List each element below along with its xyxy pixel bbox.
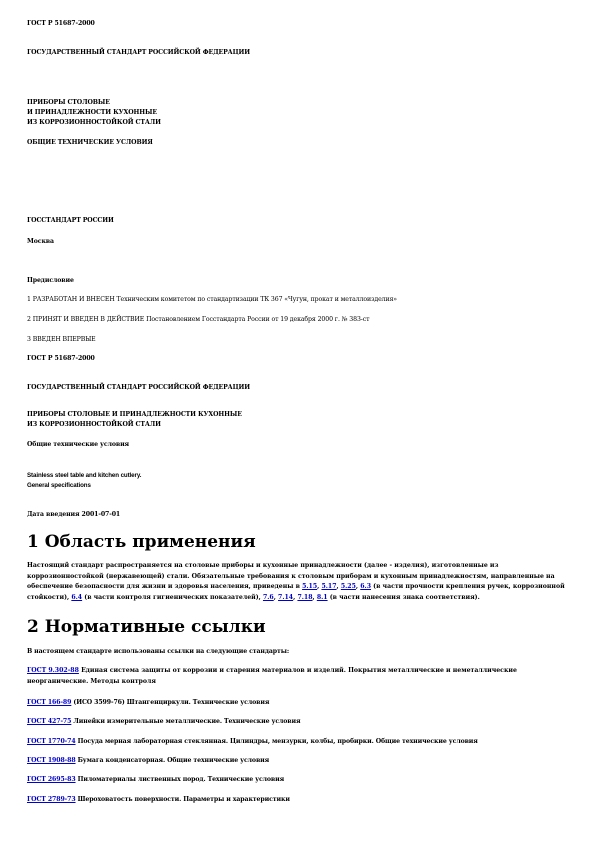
reference-item: ГОСТ 1908-88 Бумага конденсаторная. Общи… — [27, 757, 269, 765]
title-page-subtitle: Общие технические условия — [27, 441, 129, 449]
link-8-1[interactable]: 8.1 — [317, 594, 328, 601]
publisher: ГОССТАНДАРТ РОССИИ — [27, 217, 114, 225]
link-6-4[interactable]: 6.4 — [71, 594, 82, 601]
link-5-25[interactable]: 5.25 — [341, 583, 356, 590]
english-title-2: General specifications — [27, 482, 91, 490]
reference-item: ГОСТ 166-89 (ИСО 3599-76) Штангенциркули… — [27, 699, 269, 707]
state-standard-label-2: ГОСУДАРСТВЕННЫЙ СТАНДАРТ РОССИЙСКОЙ ФЕДЕ… — [27, 384, 250, 392]
ref-link-gost-166-89[interactable]: ГОСТ 166-89 — [27, 699, 71, 706]
foreword-item-3: 3 ВВЕДЕН ВПЕРВЫЕ — [27, 336, 96, 344]
section-2-heading: 2 Нормативные ссылки — [27, 617, 266, 637]
state-standard-label: ГОСУДАРСТВЕННЫЙ СТАНДАРТ РОССИЙСКОЙ ФЕДЕ… — [27, 49, 250, 57]
foreword-heading: Предисловие — [27, 277, 74, 285]
foreword-item-2: 2 ПРИНЯТ И ВВЕДЕН В ДЕЙСТВИЕ Постановлен… — [27, 316, 370, 324]
ref-link-gost-1770-74[interactable]: ГОСТ 1770-74 — [27, 738, 76, 745]
reference-item: ГОСТ 9.302-88 Единая система защиты от к… — [27, 666, 572, 687]
link-6-3[interactable]: 6.3 — [360, 583, 371, 590]
foreword-item-1: 1 РАЗРАБОТАН И ВНЕСЕН Техническим комите… — [27, 296, 397, 304]
city: Москва — [27, 238, 54, 246]
title-page-line-2: ИЗ КОРРОЗИОННОСТОЙКОЙ СТАЛИ — [27, 421, 161, 429]
link-7-6[interactable]: 7.6 — [263, 594, 274, 601]
section-2-intro: В настоящем стандарте использованы ссылк… — [27, 648, 289, 656]
intro-date: Дата введения 2001-07-01 — [27, 511, 120, 519]
title-line-1: ПРИБОРЫ СТОЛОВЫЕ — [27, 99, 110, 107]
title-line-2: И ПРИНАДЛЕЖНОСТИ КУХОННЫЕ — [27, 109, 157, 117]
doc-id-2: ГОСТ Р 51687-2000 — [27, 355, 95, 363]
link-7-18[interactable]: 7.18 — [297, 594, 312, 601]
title-line-3: ИЗ КОРРОЗИОННОСТОЙКОЙ СТАЛИ — [27, 119, 161, 127]
reference-item: ГОСТ 1770-74 Посуда мерная лабораторная … — [27, 738, 478, 746]
ref-link-gost-9-302-88[interactable]: ГОСТ 9.302-88 — [27, 667, 79, 674]
ref-link-gost-2695-83[interactable]: ГОСТ 2695-83 — [27, 776, 76, 783]
ref-link-gost-427-75[interactable]: ГОСТ 427-75 — [27, 718, 71, 725]
title-page-line-1: ПРИБОРЫ СТОЛОВЫЕ И ПРИНАДЛЕЖНОСТИ КУХОНН… — [27, 411, 242, 419]
link-5-15[interactable]: 5.15 — [302, 583, 317, 590]
link-7-14[interactable]: 7.14 — [278, 594, 293, 601]
section-1-paragraph: Настоящий стандарт распространяется на с… — [27, 561, 572, 603]
doc-id: ГОСТ Р 51687-2000 — [27, 20, 95, 28]
reference-item: ГОСТ 427-75 Линейки измерительные металл… — [27, 718, 300, 726]
link-5-17[interactable]: 5.17 — [321, 583, 336, 590]
section-1-heading: 1 Область применения — [27, 532, 256, 552]
ref-link-gost-1908-88[interactable]: ГОСТ 1908-88 — [27, 757, 76, 764]
subtitle: ОБЩИЕ ТЕХНИЧЕСКИЕ УСЛОВИЯ — [27, 139, 153, 147]
ref-link-gost-2789-73[interactable]: ГОСТ 2789-73 — [27, 796, 76, 803]
reference-item: ГОСТ 2695-83 Пиломатериалы лиственных по… — [27, 776, 284, 784]
reference-item: ГОСТ 2789-73 Шероховатость поверхности. … — [27, 796, 290, 804]
english-title-1: Stainless steel table and kitchen cutler… — [27, 472, 141, 480]
